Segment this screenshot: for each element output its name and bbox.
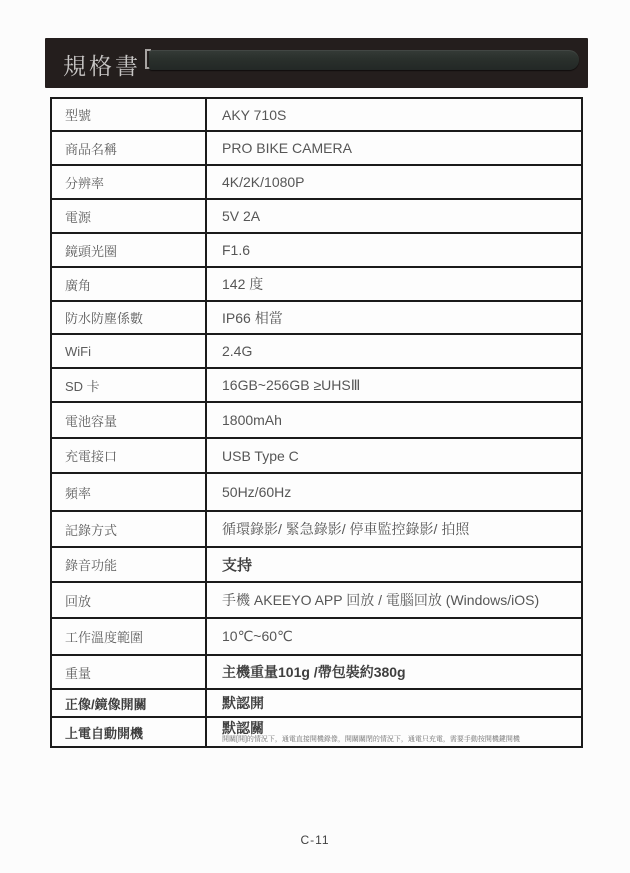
row-value: 默認開 — [207, 690, 581, 716]
table-row: 正像/鏡像開關 默認開 — [52, 690, 581, 718]
table-row: 防水防塵係數 IP66 相當 — [52, 302, 581, 335]
table-row: 商品名稱 PRO BIKE CAMERA — [52, 132, 581, 166]
row-label: 型號 — [52, 99, 207, 130]
row-value: 1800mAh — [207, 403, 581, 437]
row-label: 廣角 — [52, 268, 207, 300]
table-row: 分辨率 4K/2K/1080P — [52, 166, 581, 200]
spec-header: 規格書 — [45, 38, 588, 88]
table-row: 重量 主機重量101g /帶包裝約380g — [52, 656, 581, 690]
row-label: 錄音功能 — [52, 548, 207, 581]
table-row: 廣角 142 度 — [52, 268, 581, 302]
page-footer: C-11 — [0, 833, 630, 847]
table-row: 回放 手機 AKEEYO APP 回放 / 電腦回放 (Windows/iOS) — [52, 583, 581, 619]
row-value: 2.4G — [207, 335, 581, 367]
header-inset-bar — [149, 50, 579, 70]
row-value: 10℃~60℃ — [207, 619, 581, 654]
row-value: IP66 相當 — [207, 302, 581, 333]
row-value: 4K/2K/1080P — [207, 166, 581, 198]
row-note: 開關[開]的情況下，通電直接開機錄像，開關關閉的情況下，通電只充電，需要手動按開… — [222, 736, 520, 744]
row-value: F1.6 — [207, 234, 581, 266]
row-value: 主機重量101g /帶包裝約380g — [207, 656, 581, 688]
row-label: 上電自動開機 — [52, 718, 207, 746]
row-value: AKY 710S — [207, 99, 581, 130]
row-label: 分辨率 — [52, 166, 207, 198]
row-value: USB Type C — [207, 439, 581, 472]
spec-table: 型號 AKY 710S 商品名稱 PRO BIKE CAMERA 分辨率 4K/… — [50, 97, 583, 748]
table-row: 鏡頭光圈 F1.6 — [52, 234, 581, 268]
row-label: 鏡頭光圈 — [52, 234, 207, 266]
row-value: 16GB~256GB ≥UHSⅢ — [207, 369, 581, 401]
table-row: WiFi 2.4G — [52, 335, 581, 369]
row-label: 頻率 — [52, 474, 207, 510]
row-label: 商品名稱 — [52, 132, 207, 164]
table-row: 型號 AKY 710S — [52, 99, 581, 132]
table-row: 電源 5V 2A — [52, 200, 581, 234]
row-label: 正像/鏡像開關 — [52, 690, 207, 716]
row-value: 手機 AKEEYO APP 回放 / 電腦回放 (Windows/iOS) — [207, 583, 581, 617]
table-row: 錄音功能 支持 — [52, 548, 581, 583]
row-label: 重量 — [52, 656, 207, 688]
table-row: 電池容量 1800mAh — [52, 403, 581, 439]
table-row: 工作溫度範圍 10℃~60℃ — [52, 619, 581, 656]
table-row: 記錄方式 循環錄影/ 緊急錄影/ 停車監控錄影/ 拍照 — [52, 512, 581, 548]
row-value: 5V 2A — [207, 200, 581, 232]
row-label: 充電接口 — [52, 439, 207, 472]
table-row: 充電接口 USB Type C — [52, 439, 581, 474]
row-label: WiFi — [52, 335, 207, 367]
row-value: 循環錄影/ 緊急錄影/ 停車監控錄影/ 拍照 — [207, 512, 581, 546]
row-label: 回放 — [52, 583, 207, 617]
row-value: 50Hz/60Hz — [207, 474, 581, 510]
page-title: 規格書 — [63, 48, 141, 81]
row-value: 默認關 開關[開]的情況下，通電直接開機錄像，開關關閉的情況下，通電只充電，需要… — [207, 718, 581, 746]
table-row: SD 卡 16GB~256GB ≥UHSⅢ — [52, 369, 581, 403]
table-row: 上電自動開機 默認關 開關[開]的情況下，通電直接開機錄像，開關關閉的情況下，通… — [52, 718, 581, 746]
row-label: 電池容量 — [52, 403, 207, 437]
row-label: 防水防塵係數 — [52, 302, 207, 333]
row-label: 記錄方式 — [52, 512, 207, 546]
table-row: 頻率 50Hz/60Hz — [52, 474, 581, 512]
row-value-text: 默認關 — [222, 721, 264, 736]
row-value: 142 度 — [207, 268, 581, 300]
row-value: PRO BIKE CAMERA — [207, 132, 581, 164]
page: { "header": { "title": "規格書" }, "colors"… — [0, 0, 630, 873]
row-label: 電源 — [52, 200, 207, 232]
row-value: 支持 — [207, 548, 581, 581]
row-label: 工作溫度範圍 — [52, 619, 207, 654]
row-label: SD 卡 — [52, 369, 207, 401]
